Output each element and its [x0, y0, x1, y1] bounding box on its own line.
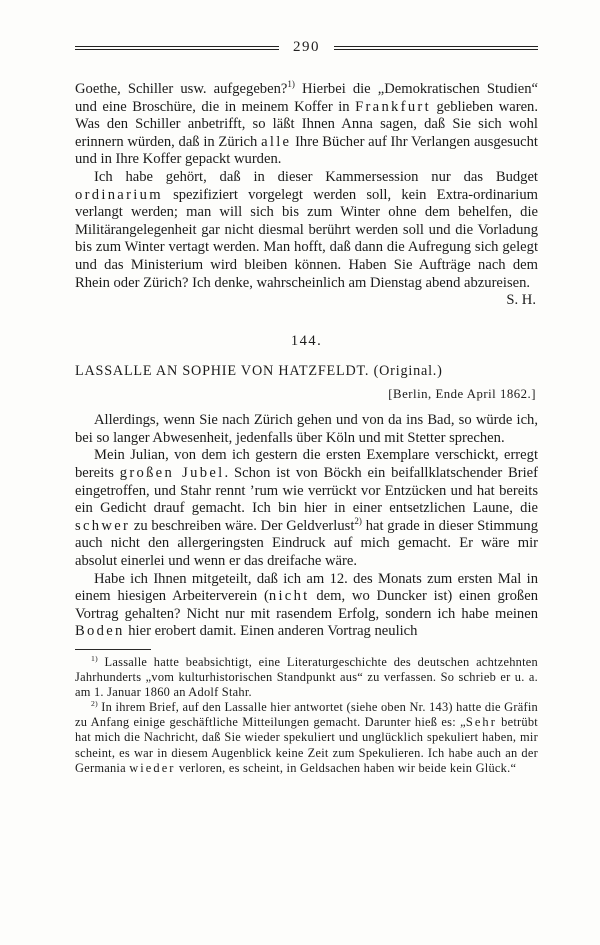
letter-paragraphs: Allerdings, wenn Sie nach Zürich gehen u… [75, 412, 538, 641]
text-run: Allerdings, wenn Sie nach Zürich gehen u… [75, 412, 538, 446]
page-number: 290 [279, 40, 334, 55]
letter-signature: S. H. [75, 292, 538, 310]
header-rule-right [334, 46, 538, 50]
emphasized-text: schwer [75, 518, 130, 534]
emphasized-text: alle [261, 134, 291, 150]
emphasized-text: großen Jubel [120, 465, 225, 481]
emphasized-text: Frankfurt [355, 99, 431, 115]
footnote: 1) Lassalle hatte beabsichtigt, eine Lit… [75, 655, 538, 700]
header-rule-left [75, 46, 279, 50]
paragraph: Allerdings, wenn Sie nach Zürich gehen u… [75, 412, 538, 447]
paragraph: Ich habe gehört, daß in dieser Kammerses… [75, 169, 538, 292]
letter-body: Allerdings, wenn Sie nach Zürich gehen u… [75, 412, 538, 641]
paragraph: Mein Julian, von dem ich gestern die ers… [75, 447, 538, 570]
previous-letter-continuation: Goethe, Schiller usw. aufgegeben?1) Hier… [75, 81, 538, 310]
footnote-marker: 2) [91, 699, 98, 708]
footnote-marker: 2) [354, 516, 362, 526]
text-run: hier erobert damit. Einen anderen Vortra… [125, 623, 418, 639]
emphasized-text: Sehr [466, 715, 497, 729]
letter-heading: LASSALLE AN SOPHIE VON HATZFELDT. (Origi… [75, 363, 538, 380]
footnote-separator-rule [75, 649, 151, 650]
footnote: 2) In ihrem Brief, auf den Lassalle hier… [75, 700, 538, 775]
running-head: 290 [75, 40, 538, 55]
text-run: verloren, es scheint, in Geldsachen habe… [176, 761, 517, 775]
footnotes: 1) Lassalle hatte beabsichtigt, eine Lit… [75, 655, 538, 776]
paragraph: Habe ich Ihnen mitgeteilt, daß ich am 12… [75, 571, 538, 641]
footnote-marker: 1) [91, 654, 98, 663]
footnote-items: 1) Lassalle hatte beabsichtigt, eine Lit… [75, 655, 538, 776]
letter-dateline: [Berlin, Ende April 1862.] [75, 387, 538, 402]
emphasized-text: Boden [75, 623, 125, 639]
text-run: Goethe, Schiller usw. aufgegeben? [75, 81, 287, 97]
text-run: zu beschreiben wäre. Der Geldverlust [130, 518, 354, 534]
text-run: Ich habe gehört, daß in dieser Kammerses… [94, 169, 538, 185]
paragraph: Goethe, Schiller usw. aufgegeben?1) Hier… [75, 81, 538, 169]
book-page: 290 Goethe, Schiller usw. aufgegeben?1) … [0, 0, 600, 945]
footnote-marker: 1) [287, 79, 295, 89]
emphasized-text: nicht [269, 588, 310, 604]
text-run: Lassalle hatte beabsichtigt, eine Litera… [75, 655, 538, 699]
emphasized-text: ordinarium [75, 187, 163, 203]
previous-letter-paragraphs: Goethe, Schiller usw. aufgegeben?1) Hier… [75, 81, 538, 292]
emphasized-text: wieder [129, 761, 175, 775]
letter-number: 144. [75, 334, 538, 349]
